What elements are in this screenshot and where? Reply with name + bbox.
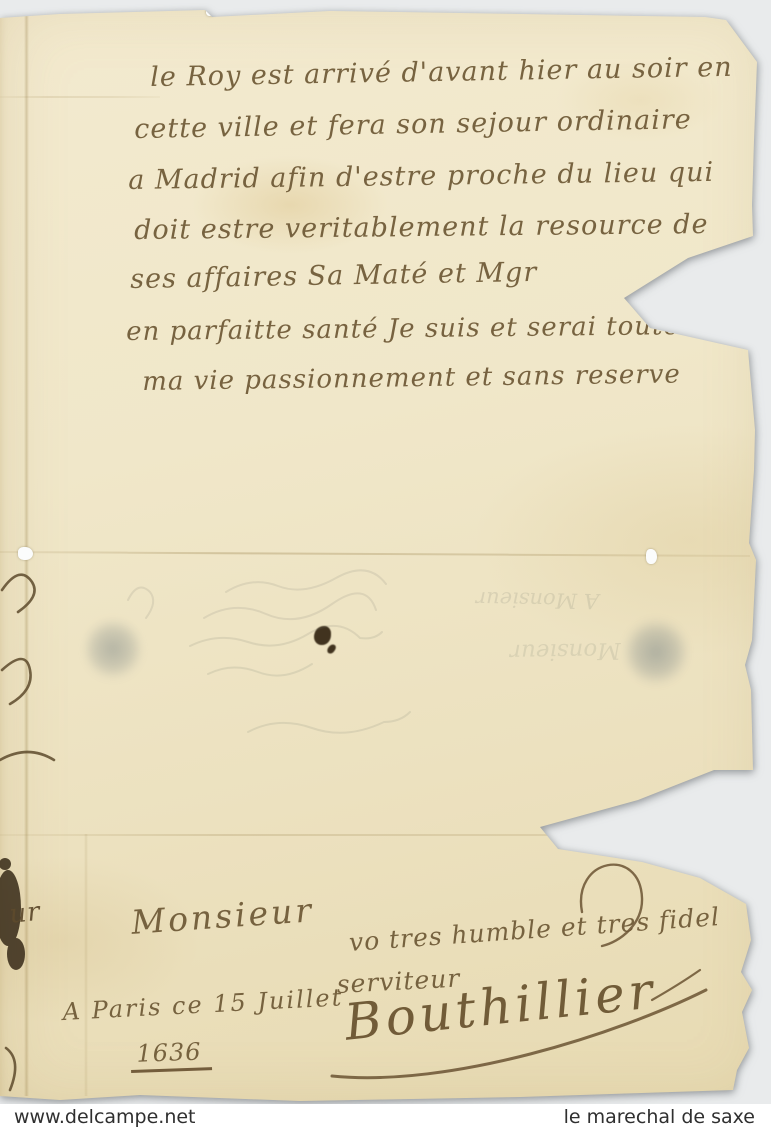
body-line-3: a Madrid afin d'estre proche du lieu qui xyxy=(128,157,714,196)
date-year: 1636 xyxy=(130,1037,212,1073)
paper-nick xyxy=(206,8,216,16)
horizontal-fold-crease-lower xyxy=(0,834,748,836)
body-line-1: le Roy est arrivé d'avant hier au soir e… xyxy=(150,52,733,93)
margin-fragment: ur xyxy=(8,897,42,930)
watermark-dealer-name: le marechal de saxe xyxy=(564,1104,755,1131)
letter-paper: A Monsieur Monsieur le Roy est arrivé d'… xyxy=(0,0,771,1110)
signature-flourish xyxy=(320,850,750,1090)
body-line-6: en parfaitte santé Je suis et serai tout… xyxy=(126,311,680,347)
paper-nick xyxy=(646,549,657,564)
watermark-bar: www.delcampe.net le marechal de saxe xyxy=(0,1104,771,1131)
body-line-4: doit estre veritablement la resource de xyxy=(134,209,709,246)
horizontal-crease-top-left xyxy=(0,96,160,98)
body-line-7: ma vie passionnement et sans reserve xyxy=(142,359,681,397)
vertical-fold-crease-faint xyxy=(84,834,88,1096)
watermark-url: www.delcampe.net xyxy=(14,1104,196,1131)
dateline: A Paris ce 15 Juillet xyxy=(62,983,344,1026)
show-through-ink-strokes xyxy=(108,556,528,766)
paper-shadow-wrap: A Monsieur Monsieur le Roy est arrivé d'… xyxy=(0,0,771,1131)
salutation: Monsieur xyxy=(130,890,315,942)
manuscript-scan: A Monsieur Monsieur le Roy est arrivé d'… xyxy=(0,0,771,1131)
seal-smudge-right xyxy=(624,618,688,686)
body-line-2: cette ville et fera son sejour ordinaire xyxy=(134,104,692,145)
left-margin-ink-fragments xyxy=(0,556,70,1096)
body-line-5: ses affaires Sa Maté et Mgr xyxy=(130,257,537,295)
